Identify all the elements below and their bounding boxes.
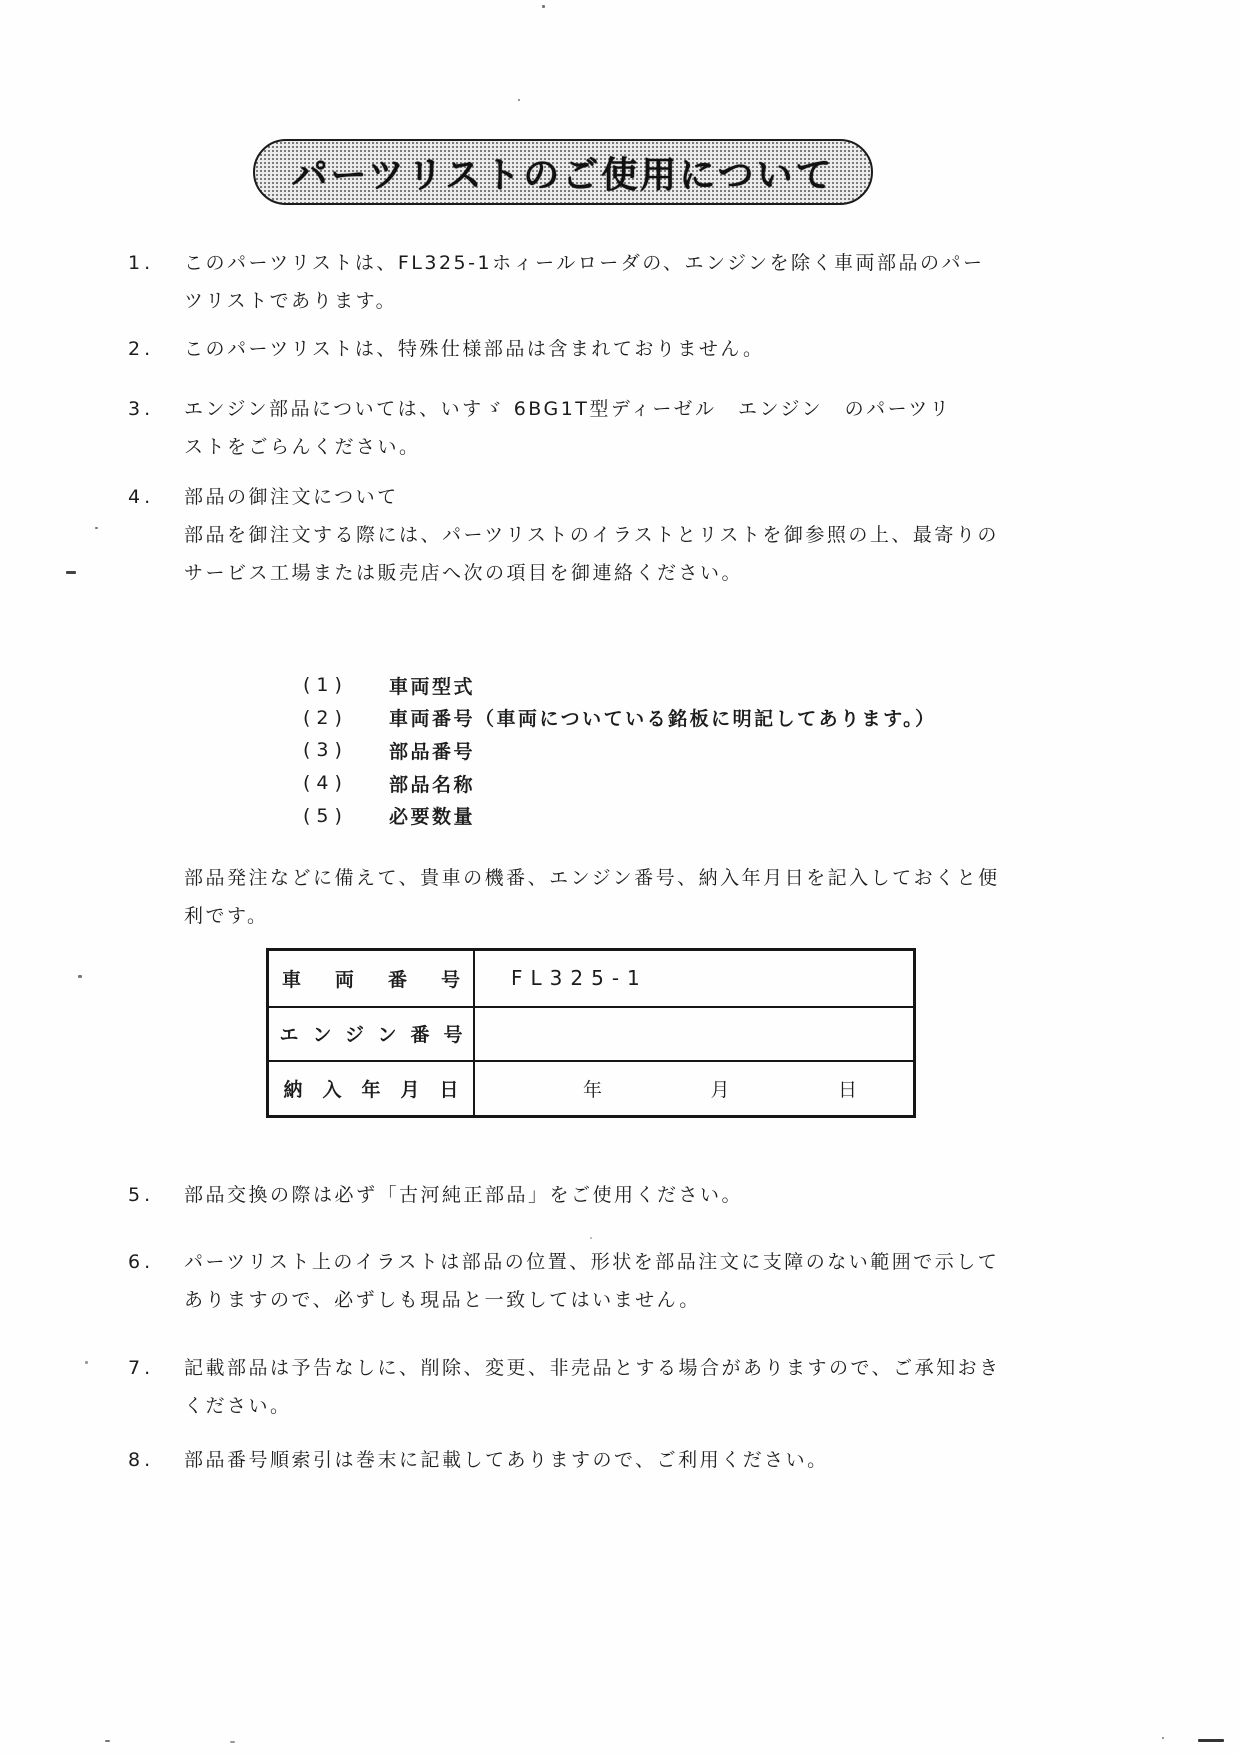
- item-number: 5.: [128, 1176, 184, 1214]
- scan-speck: [590, 1237, 592, 1239]
- item-3: 3. エンジン部品については、いすゞ 6BG1T型ディーゼル エンジン のパーツ…: [128, 390, 1118, 466]
- list-item: (1) 車両型式: [303, 669, 1063, 702]
- item-line: エンジン部品については、いすゞ 6BG1T型ディーゼル エンジン のパーツリ: [184, 390, 1118, 428]
- note-line: 部品発注などに備えて、貴車の機番、エンジン番号、納入年月日を記入しておくと便: [184, 859, 1084, 897]
- item-body: パーツリスト上のイラストは部品の位置、形状を部品注文に支障のない範囲で示して あ…: [184, 1243, 1118, 1319]
- scan-speck: [1162, 1737, 1164, 1739]
- item-6: 6. パーツリスト上のイラストは部品の位置、形状を部品注文に支障のない範囲で示し…: [128, 1243, 1118, 1319]
- item-line: このパーツリストは、特殊仕様部品は含まれておりません。: [184, 330, 1118, 368]
- item-line: 部品の御注文について: [184, 478, 1118, 516]
- list-item-number: (4): [303, 772, 389, 794]
- item-4: 4. 部品の御注文について 部品を御注文する際には、パーツリストのイラストとリス…: [128, 478, 1118, 592]
- list-item-number: (5): [303, 805, 389, 827]
- item-line: ありますので、必ずしも現品と一致してはいません。: [184, 1281, 1118, 1319]
- item-body: このパーツリストは、FL325-1ホィールローダの、エンジンを除く車両部品のパー…: [184, 244, 1118, 320]
- item-body: 部品交換の際は必ず「古河純正部品」をご使用ください。: [184, 1176, 1118, 1214]
- vehicle-number-value: FL325-1: [511, 966, 648, 990]
- item-number: 7.: [128, 1349, 184, 1425]
- list-item: (2) 車両番号（車両についている銘板に明記してあります。）: [303, 702, 1063, 735]
- item-line: サービス工場または販売店へ次の項目を御連絡ください。: [184, 554, 1118, 592]
- list-item-label: 車両型式: [389, 672, 475, 699]
- item-5: 5. 部品交換の際は必ず「古河純正部品」をご使用ください。: [128, 1176, 1118, 1214]
- list-item-label: 車両番号（車両についている銘板に明記してあります。）: [389, 704, 937, 731]
- item-line: ツリストであります。: [184, 282, 1118, 320]
- item-number: 4.: [128, 478, 184, 592]
- item-body: 部品の御注文について 部品を御注文する際には、パーツリストのイラストとリストを御…: [184, 478, 1118, 592]
- item-body: 部品番号順索引は巻末に記載してありますので、ご利用ください。: [184, 1441, 1118, 1479]
- year-label: 年: [583, 1075, 602, 1102]
- item-line: パーツリスト上のイラストは部品の位置、形状を部品注文に支障のない範囲で示して: [184, 1243, 1118, 1281]
- item-line: 部品番号順索引は巻末に記載してありますので、ご利用ください。: [184, 1441, 1118, 1479]
- table-value-cell: [475, 1006, 913, 1061]
- scan-speck: [78, 975, 82, 978]
- table-value-cell: FL325-1: [475, 951, 913, 1006]
- item-number: 6.: [128, 1243, 184, 1319]
- table-label-cell: エンジン番号: [269, 1006, 475, 1061]
- list-item-number: (3): [303, 739, 389, 761]
- item-number: 3.: [128, 390, 184, 466]
- note-line: 利です。: [184, 897, 1084, 935]
- list-item: (3) 部品番号: [303, 734, 1063, 767]
- list-item: (5) 必要数量: [303, 799, 1063, 832]
- item-line: ください。: [184, 1387, 1118, 1425]
- list-item-label: 必要数量: [389, 802, 475, 829]
- item-8: 8. 部品番号順索引は巻末に記載してありますので、ご利用ください。: [128, 1441, 1118, 1479]
- scan-speck: [105, 1740, 110, 1742]
- table-label-cell: 納入年月日: [269, 1060, 475, 1115]
- item-line: 部品交換の際は必ず「古河純正部品」をご使用ください。: [184, 1176, 1118, 1214]
- scan-speck: [518, 99, 520, 101]
- item-2: 2. このパーツリストは、特殊仕様部品は含まれておりません。: [128, 330, 1118, 368]
- item-body: このパーツリストは、特殊仕様部品は含まれておりません。: [184, 330, 1118, 368]
- list-item: (4) 部品名称: [303, 767, 1063, 800]
- list-item-number: (2): [303, 707, 389, 729]
- scan-speck: [66, 571, 76, 574]
- item-7: 7. 記載部品は予告なしに、削除、変更、非売品とする場合がありますので、ご承知お…: [128, 1349, 1118, 1425]
- list-item-number: (1): [303, 674, 389, 696]
- list-item-label: 部品番号: [389, 737, 475, 764]
- item-line: 部品を御注文する際には、パーツリストのイラストとリストを御参照の上、最寄りの: [184, 516, 1118, 554]
- page-title: パーツリストのご使用について: [291, 147, 834, 198]
- order-info-list: (1) 車両型式 (2) 車両番号（車両についている銘板に明記してあります。） …: [303, 669, 1063, 832]
- table-label-cell: 車両番号: [269, 951, 475, 1006]
- month-label: 月: [710, 1075, 729, 1102]
- item-line: このパーツリストは、FL325-1ホィールローダの、エンジンを除く車両部品のパー: [184, 244, 1118, 282]
- item-number: 1.: [128, 244, 184, 320]
- item-number: 8.: [128, 1441, 184, 1479]
- scan-speck: [1198, 1739, 1224, 1742]
- table-label: エンジン番号: [279, 1020, 476, 1047]
- scan-speck: [85, 1361, 88, 1364]
- parts-list-usage-page: パーツリストのご使用について 1. このパーツリストは、FL325-1ホィールロ…: [0, 0, 1239, 1754]
- item-line: ストをごらんください。: [184, 428, 1118, 466]
- item-body: 記載部品は予告なしに、削除、変更、非売品とする場合がありますので、ご承知おき く…: [184, 1349, 1118, 1425]
- scan-speck: [95, 527, 98, 529]
- title-banner: パーツリストのご使用について: [253, 139, 873, 205]
- item-number: 2.: [128, 330, 184, 368]
- table-label: 納入年月日: [283, 1075, 478, 1102]
- scan-speck: [230, 1741, 235, 1743]
- vehicle-info-table: 車両番号 FL325-1 エンジン番号 納入年月日 年 月 日: [266, 948, 916, 1118]
- list-item-label: 部品名称: [389, 770, 475, 797]
- table-date-cell: 年 月 日: [475, 1060, 913, 1115]
- note-paragraph: 部品発注などに備えて、貴車の機番、エンジン番号、納入年月日を記入しておくと便 利…: [184, 859, 1084, 935]
- item-body: エンジン部品については、いすゞ 6BG1T型ディーゼル エンジン のパーツリ ス…: [184, 390, 1118, 466]
- item-line: 記載部品は予告なしに、削除、変更、非売品とする場合がありますので、ご承知おき: [184, 1349, 1118, 1387]
- scan-speck: [542, 5, 545, 8]
- item-1: 1. このパーツリストは、FL325-1ホィールローダの、エンジンを除く車両部品…: [128, 244, 1118, 320]
- table-label: 車両番号: [282, 965, 494, 992]
- day-label: 日: [838, 1075, 857, 1102]
